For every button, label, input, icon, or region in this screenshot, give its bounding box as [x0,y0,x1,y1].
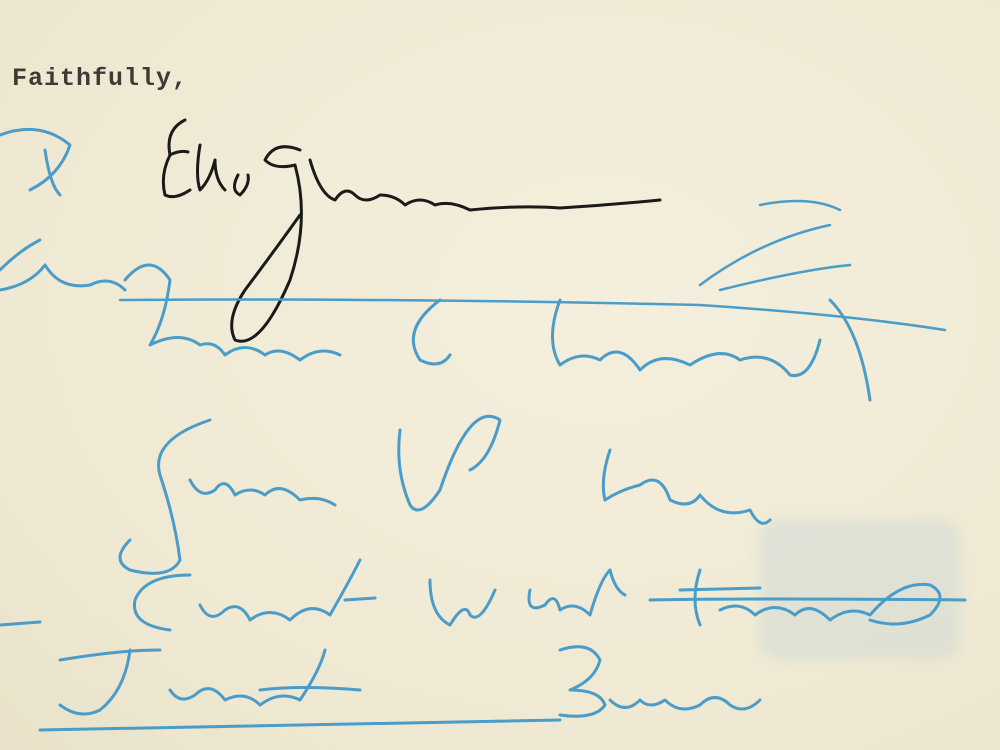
signature-ernest-mcfarland [134,560,965,630]
signature-homer-capehart [125,265,870,400]
partial-signature-left [0,129,125,625]
signature-john-bricker [40,647,760,730]
signature-ed-johnson [163,120,660,341]
signature-james-kem [120,416,770,573]
signatures-drawing [0,0,1000,750]
letter-page: Faithfully, [0,0,1000,750]
signature-underline [120,201,945,330]
